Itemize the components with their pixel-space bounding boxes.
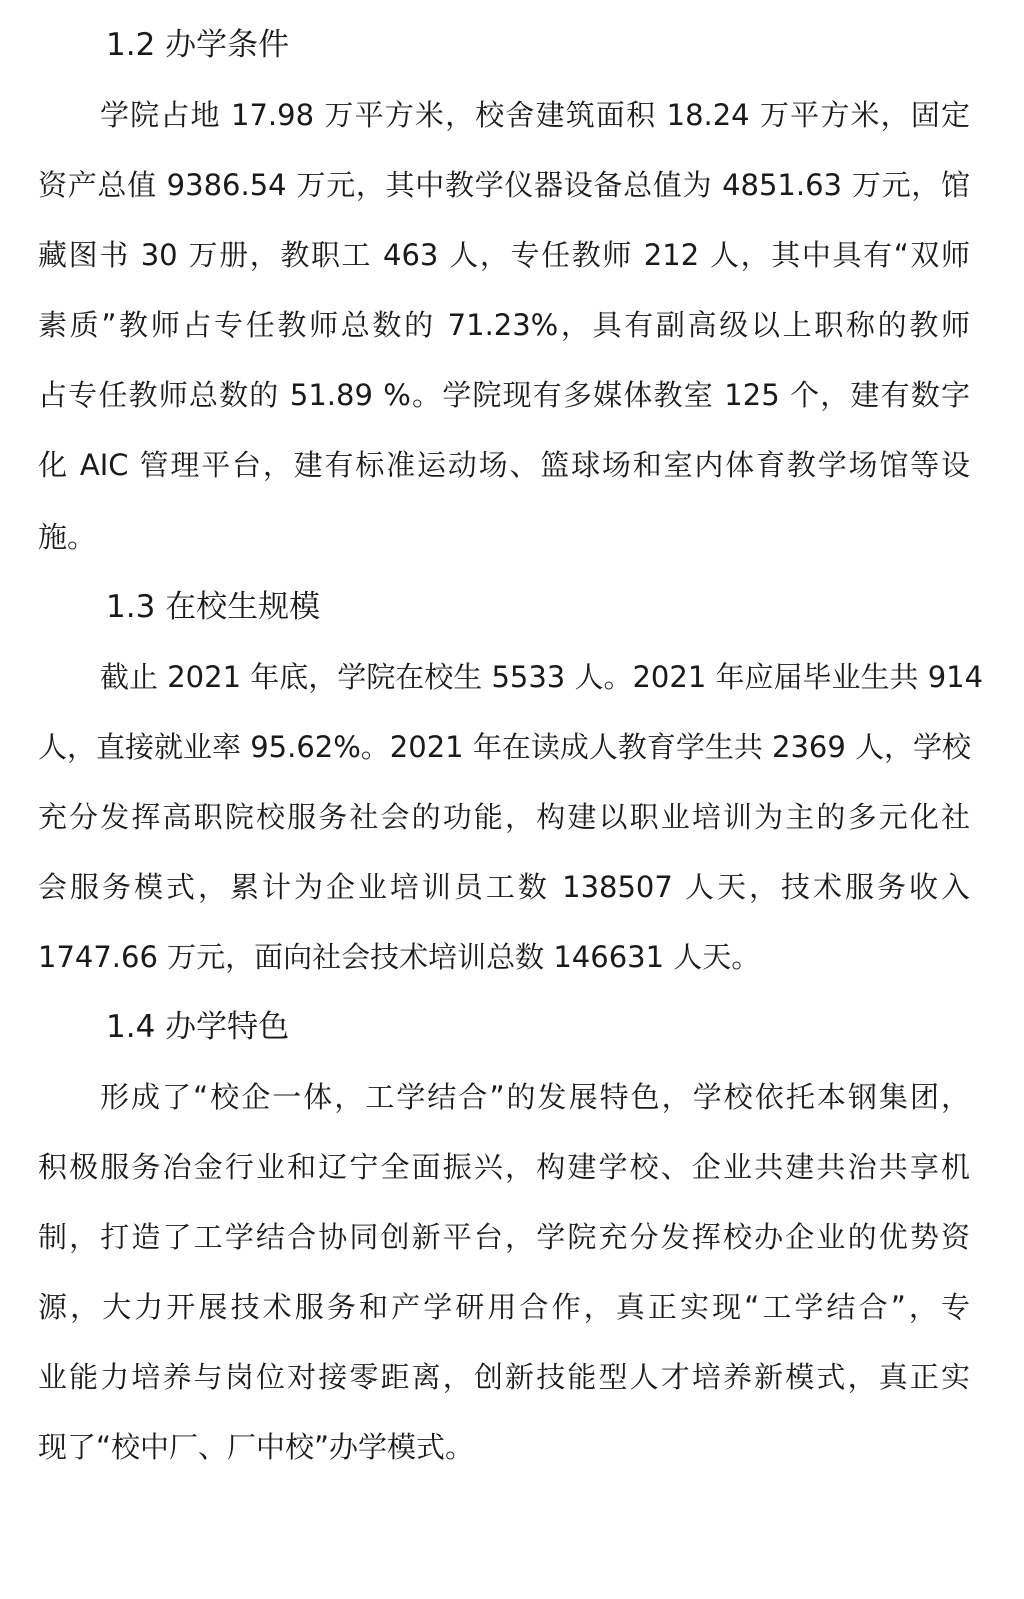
paragraph-line: 资产总值 9386.54 万元，其中教学仪器设备总值为 4851.63 万元，馆 (38, 165, 970, 205)
paragraph-line: 人，直接就业率 95.62%。2021 年在读成人教育学生共 2369 人，学校 (38, 727, 970, 767)
paragraph-line: 积极服务冶金行业和辽宁全面振兴，构建学校、企业共建共治共享机 (38, 1147, 970, 1187)
section-heading-1-4: 1.4 办学特色 (106, 1007, 289, 1047)
paragraph-line: 素质”教师占专任教师总数的 71.23%，具有副高级以上职称的教师 (38, 305, 970, 345)
paragraph-line: 充分发挥高职院校服务社会的功能，构建以职业培训为主的多元化社 (38, 797, 970, 837)
paragraph-line: 形成了“校企一体，工学结合”的发展特色，学校依托本钢集团， (100, 1077, 970, 1117)
paragraph-line: 藏图书 30 万册，教职工 463 人，专任教师 212 人，其中具有“双师 (38, 235, 970, 275)
paragraph-line: 学院占地 17.98 万平方米，校舍建筑面积 18.24 万平方米，固定 (100, 95, 970, 135)
paragraph-line: 化 AIC 管理平台，建有标准运动场、篮球场和室内体育教学场馆等设 (38, 445, 970, 485)
paragraph-line: 源，大力开展技术服务和产学研用合作，真正实现“工学结合”，专 (38, 1287, 970, 1327)
paragraph-line: 会服务模式，累计为企业培训员工数 138507 人天，技术服务收入 (38, 867, 970, 907)
paragraph-line: 制，打造了工学结合协同创新平台，学院充分发挥校办企业的优势资 (38, 1217, 970, 1257)
section-heading-1-3: 1.3 在校生规模 (106, 587, 320, 627)
paragraph-line: 1747.66 万元，面向社会技术培训总数 146631 人天。 (38, 937, 970, 977)
paragraph-line: 业能力培养与岗位对接零距离，创新技能型人才培养新模式，真正实 (38, 1357, 970, 1397)
paragraph-line: 施。 (38, 517, 970, 557)
section-heading-1-2: 1.2 办学条件 (106, 25, 289, 65)
paragraph-line: 占专任教师总数的 51.89 %。学院现有多媒体教室 125 个，建有数字 (38, 375, 970, 415)
paragraph-line: 现了“校中厂、厂中校”办学模式。 (38, 1427, 970, 1467)
paragraph-line: 截止 2021 年底，学院在校生 5533 人。2021 年应届毕业生共 914 (100, 657, 970, 697)
